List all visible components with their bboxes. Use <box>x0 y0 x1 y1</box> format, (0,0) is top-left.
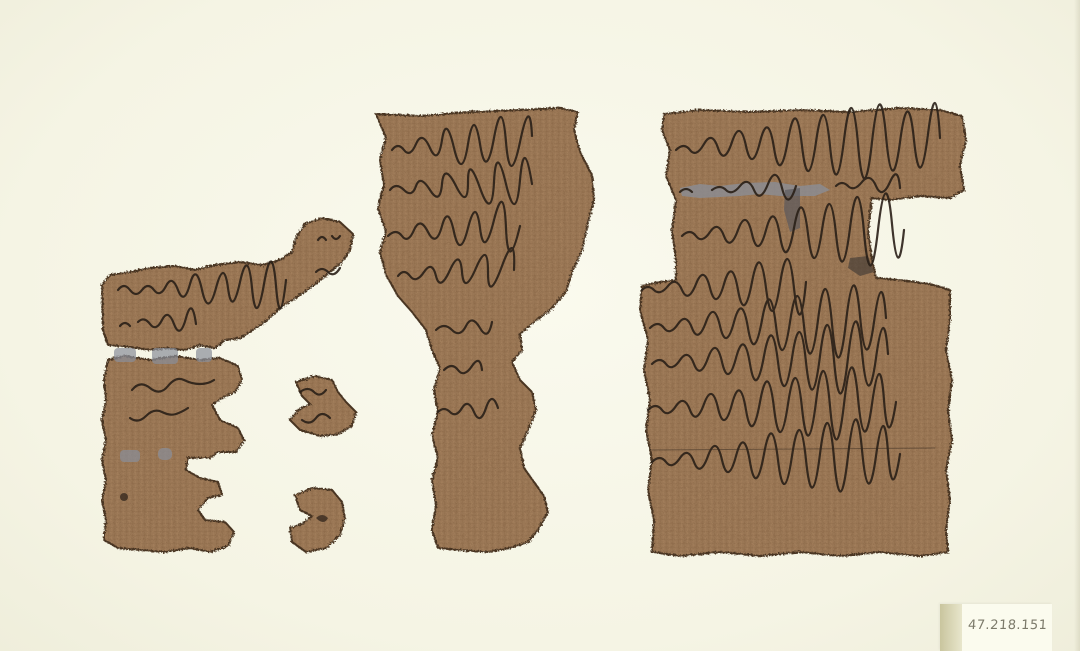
papyrus-fragments <box>0 0 1080 651</box>
fragment-middle <box>376 108 594 552</box>
accession-label-shadow <box>940 604 962 651</box>
fragment-right <box>640 108 966 556</box>
accession-number: 47.218.151 <box>967 618 1047 633</box>
